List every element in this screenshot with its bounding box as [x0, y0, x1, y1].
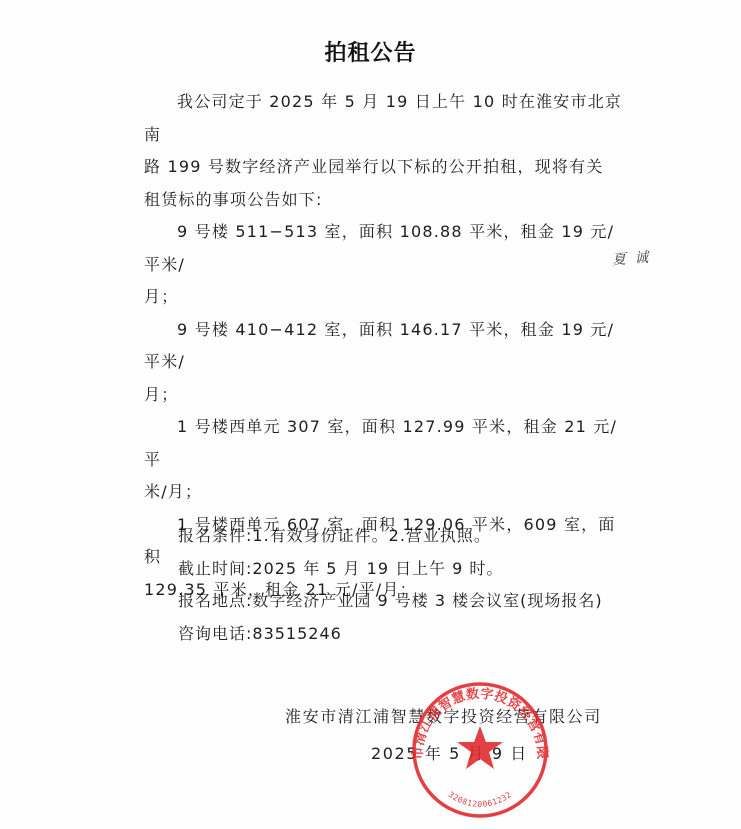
registration-requirements: 报名条件:1.有效身份证件。2.营业执照。: [178, 520, 638, 553]
document-page: 拍租公告 我公司定于 2025 年 5 月 19 日上午 10 时在淮安市北京南…: [0, 0, 741, 829]
company-seal-stamp-icon: 淮安市清江浦智慧数字投资经营有限公司 3208120061232: [400, 678, 560, 820]
registration-location: 报名地点:数字经济产业园 9 号楼 3 楼会议室(现场报名): [178, 585, 638, 618]
listing-item: 9 号楼 511−513 室，面积 108.88 平米，租金 19 元/平米/ …: [144, 216, 630, 314]
intro-line-3: 租赁标的事项公告如下:: [144, 184, 630, 217]
stamp-star-icon: [457, 726, 503, 769]
document-title: 拍租公告: [0, 36, 741, 67]
intro-line-2: 路 199 号数字经济产业园举行以下标的公开拍租，现将有关: [144, 151, 630, 184]
listing-item-line-1: 9 号楼 511−513 室，面积 108.88 平米，租金 19 元/平米/: [144, 216, 630, 281]
registration-info: 报名条件:1.有效身份证件。2.营业执照。 截止时间:2025 年 5 月 19…: [178, 520, 638, 650]
svg-text:3208120061232: 3208120061232: [447, 790, 514, 809]
listing-item-line-2: 米/月；: [144, 476, 630, 509]
listing-item-line-2: 月；: [144, 379, 630, 412]
registration-deadline: 截止时间:2025 年 5 月 19 日上午 9 时。: [178, 553, 638, 586]
handwritten-note: 夏 诚: [611, 247, 651, 270]
contact-phone: 咨询电话:83515246: [178, 618, 638, 651]
listing-item-line-1: 9 号楼 410−412 室，面积 146.17 平米，租金 19 元/平米/: [144, 314, 630, 379]
listing-item-line-2: 月；: [144, 281, 630, 314]
stamp-code: 3208120061232: [447, 790, 514, 809]
listing-item-line-1: 1 号楼西单元 307 室，面积 127.99 平米，租金 21 元/平: [144, 411, 630, 476]
listing-item: 9 号楼 410−412 室，面积 146.17 平米，租金 19 元/平米/ …: [144, 314, 630, 412]
listing-item: 1 号楼西单元 307 室，面积 127.99 平米，租金 21 元/平 米/月…: [144, 411, 630, 509]
intro-line-1: 我公司定于 2025 年 5 月 19 日上午 10 时在淮安市北京南: [144, 86, 630, 151]
